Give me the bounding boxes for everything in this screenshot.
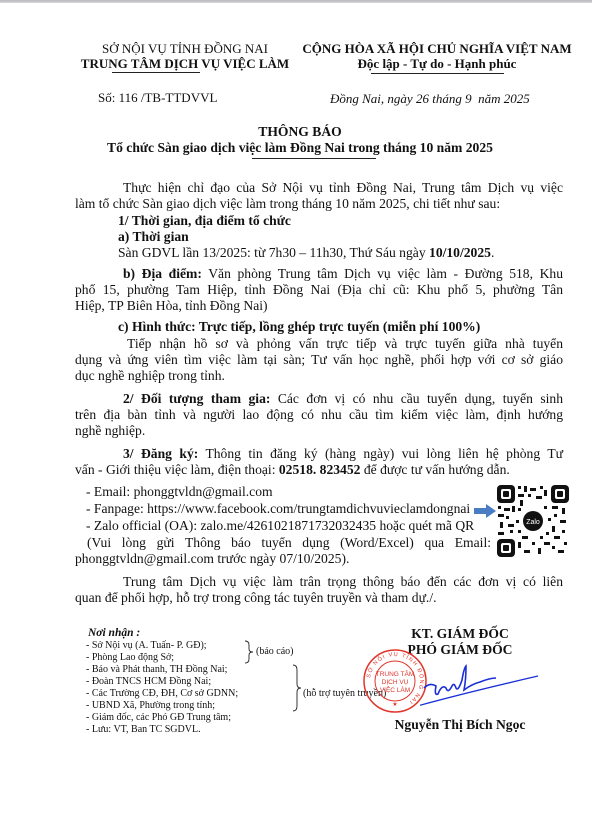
section-1a-heading: a) Thời gian (118, 229, 189, 245)
closing-paragraph: Trung tâm Dịch vụ việc làm trân trọng th… (75, 574, 563, 606)
brace-icon (244, 640, 254, 664)
section-1c-heading: c) Hình thức: Trực tiếp, lồng ghép trực … (118, 319, 480, 335)
nation-name: CỘNG HÒA XÃ HỘI CHỦ NGHĨA VIỆT NAM (292, 41, 582, 57)
section-1b-paragraph: b) Địa điểm: Văn phòng Trung tâm Dịch vụ… (75, 266, 563, 314)
viewer-top-border (0, 0, 592, 3)
notice-title: THÔNG BÁO (60, 124, 540, 140)
svg-text:Zalo: Zalo (526, 519, 540, 526)
recipient-item: - Lưu: VT, Ban TC SGDVL. (86, 724, 201, 736)
section-3-paragraph: 3/ Đăng ký: Thông tin đăng ký (hàng ngày… (75, 446, 563, 478)
recipient-item: - Các Trường CĐ, ĐH, Cơ sở GDNN; (86, 688, 238, 700)
motto: Độc lập - Tự do - Hạnh phúc (292, 56, 582, 72)
recipient-item: - UBND Xã, Phường trong tỉnh; (86, 700, 215, 712)
brace-icon (292, 664, 302, 712)
document-number: Số: 116 /TB-TTDVVL (98, 90, 217, 106)
arrow-right-icon (474, 504, 496, 518)
recipient-item: - Sở Nội vụ (A. Tuấn- P. GĐ); (86, 640, 207, 652)
unit-underline (112, 72, 200, 73)
recipients-report-note: (báo cáo) (256, 646, 293, 658)
recipient-item: - Phòng Lao động Sở; (86, 652, 174, 664)
section-1c-paragraph: Tiếp nhận hồ sơ và phỏng vấn trực tiếp v… (75, 336, 563, 384)
recipients-heading: Nơi nhận : (88, 627, 140, 640)
recipient-item: - Đoàn TNCS HCM Đồng Nai; (86, 676, 211, 688)
svg-text:DỊCH VỤ: DỊCH VỤ (382, 679, 409, 686)
section-2-paragraph: 2/ Đối tượng tham gia: Các đơn vị có nhu… (75, 391, 563, 439)
recipient-item: - Báo và Phát thanh, TH Đồng Nai; (86, 664, 227, 676)
title-underline (252, 158, 376, 159)
section-1-heading: 1/ Thời gian, địa điểm tổ chức (118, 213, 291, 229)
signer-name: Nguyễn Thị Bích Ngọc (370, 717, 550, 733)
svg-text:VIỆC LÀM: VIỆC LÀM (380, 685, 410, 694)
recipient-item: - Giám đốc, các Phó GĐ Trung tâm; (86, 712, 231, 724)
section-1a-text: Sàn GDVL lần 13/2025: từ 7h30 – 11h30, T… (118, 245, 494, 261)
agency-name: SỞ NỘI VỤ TỈNH ĐỒNG NAI (60, 41, 310, 57)
zalo-contact[interactable]: - Zalo official (OA): zalo.me/4261021871… (86, 518, 474, 534)
intro-paragraph: Thực hiện chỉ đạo của Sở Nội vụ tỉnh Đồn… (75, 180, 563, 212)
handwritten-signature (420, 660, 540, 710)
submission-note: (Vui lòng gửi Thông báo tuyển dụng (Word… (75, 535, 563, 567)
fanpage-contact[interactable]: - Fanpage: https://www.facebook.com/trun… (86, 501, 470, 517)
signer-title-1: KT. GIÁM ĐỐC (390, 626, 530, 642)
svg-text:★: ★ (392, 701, 397, 708)
svg-text:TRUNG TÂM: TRUNG TÂM (376, 669, 415, 678)
notice-subtitle: Tổ chức Sàn giao dịch việc làm Đồng Nai … (60, 140, 540, 156)
document-date: Đồng Nai, ngày 26 tháng 9 năm 2025 (330, 91, 530, 107)
unit-name: TRUNG TÂM DỊCH VỤ VIỆC LÀM (60, 56, 310, 72)
email-contact[interactable]: - Email: phonggtvldn@gmail.com (86, 484, 273, 500)
motto-underline (371, 73, 504, 74)
official-stamp: SỞ NỘI VỤ TỈNH ĐỒNG NAI TRUNG TÂM DỊCH V… (362, 648, 428, 714)
